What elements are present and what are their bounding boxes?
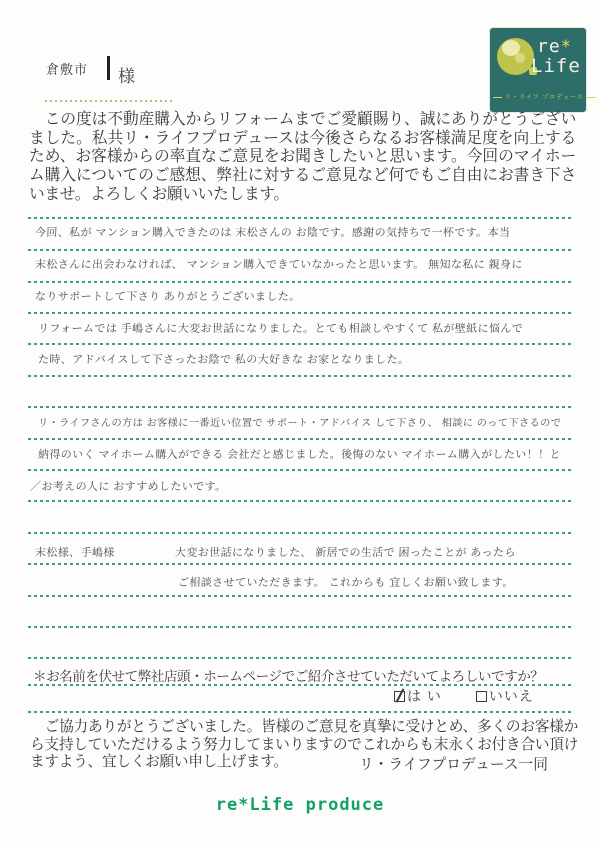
survey-page: 倉敷市 様 re* Life リ・ライフ プロデュース この度は不動産購入からリ… xyxy=(0,0,600,847)
ruled-line xyxy=(28,711,574,713)
ruled-line xyxy=(28,343,574,345)
consent-options: は い いいえ xyxy=(394,686,534,706)
logo-wordmark-re: re* xyxy=(537,36,572,57)
logo-star-icon: * xyxy=(561,37,572,57)
ruled-line xyxy=(28,532,574,534)
customer-honorific: 様 xyxy=(118,62,135,87)
logo-subtitle-rule-right xyxy=(587,97,596,98)
company-signature: リ・ライフプロデュース一同 xyxy=(359,753,548,774)
ruled-line xyxy=(28,281,574,283)
handwritten-line: 末松様、手嶋様 xyxy=(35,544,115,560)
logo-subtitle: リ・ライフ プロデュース xyxy=(490,92,586,101)
ruled-line xyxy=(28,249,574,251)
ruled-line xyxy=(28,375,574,377)
consent-question: ＊お名前を伏せて弊社店頭・ホームページでご紹介させていただいてよろしいですか？ xyxy=(33,665,543,685)
consent-no-checkbox[interactable] xyxy=(476,691,487,702)
ruled-line xyxy=(28,626,574,628)
handwritten-line: なりサポートして下さり ありがとうございました。 xyxy=(35,288,301,304)
consent-no-label: いいえ xyxy=(489,686,534,706)
ruled-line xyxy=(28,312,574,314)
handwritten-line: 末松さんに出会わなければ、 マンション購入できていなかったと思います。 無知な私… xyxy=(35,256,523,272)
consent-yes-checkbox[interactable] xyxy=(394,691,405,702)
handwritten-line: 大変お世話になりました、 新居での生活で 困ったことが あったら xyxy=(175,544,516,560)
ruled-line xyxy=(28,469,574,471)
consent-option-no[interactable]: いいえ xyxy=(476,686,534,706)
logo-subtitle-rule-left xyxy=(493,97,502,98)
consent-yes-label: は い xyxy=(407,686,442,706)
ruled-line xyxy=(28,657,574,659)
handwritten-line: ／お考えの人に おすすめしたいです。 xyxy=(30,478,227,494)
ruled-line xyxy=(28,563,574,565)
intro-paragraph: この度は不動産購入からリフォームまでご愛顧賜り、誠にありがとうございました。私共… xyxy=(29,111,576,205)
logo-wordmark-life: Life xyxy=(531,55,581,77)
footer-brand-logo: re*Life produce xyxy=(0,795,600,815)
customer-city: 倉敷市 xyxy=(46,59,88,78)
handwritten-line: 今回、私が マンション購入できたのは 末松さんの お陰です。感謝の気持ちで一杯で… xyxy=(35,224,511,240)
handwritten-line: リ・ライフさんの方は お客様に一番近い位置で サポート・アドバイス して下さり、… xyxy=(38,414,562,429)
name-underline xyxy=(45,100,172,102)
handwritten-line: た時、アドバイスして下さったお陰で 私の大好きな お家となりました。 xyxy=(38,351,410,367)
ruled-line xyxy=(28,438,574,440)
logo-re-text: re xyxy=(537,36,561,57)
company-logo: re* Life リ・ライフ プロデュース xyxy=(490,28,586,112)
consent-option-yes[interactable]: は い xyxy=(394,686,442,706)
ruled-line xyxy=(28,217,574,219)
redacted-name-bar xyxy=(107,56,110,80)
handwritten-line: ご相談させていただきます。 これからも 宜しくお願い致します。 xyxy=(178,574,514,590)
ruled-line xyxy=(28,595,574,597)
logo-subtitle-text: リ・ライフ プロデュース xyxy=(505,95,584,101)
ruled-line xyxy=(28,406,574,408)
ruled-line xyxy=(28,500,574,502)
handwritten-line: 納得のいく マイホーム購入ができる 会社だと感じました。後悔のない マイホーム購… xyxy=(38,446,561,462)
handwritten-line: リフォームでは 手嶋さんに大変お世話になりました。とても相談しやすくて 私が壁紙… xyxy=(38,320,524,336)
